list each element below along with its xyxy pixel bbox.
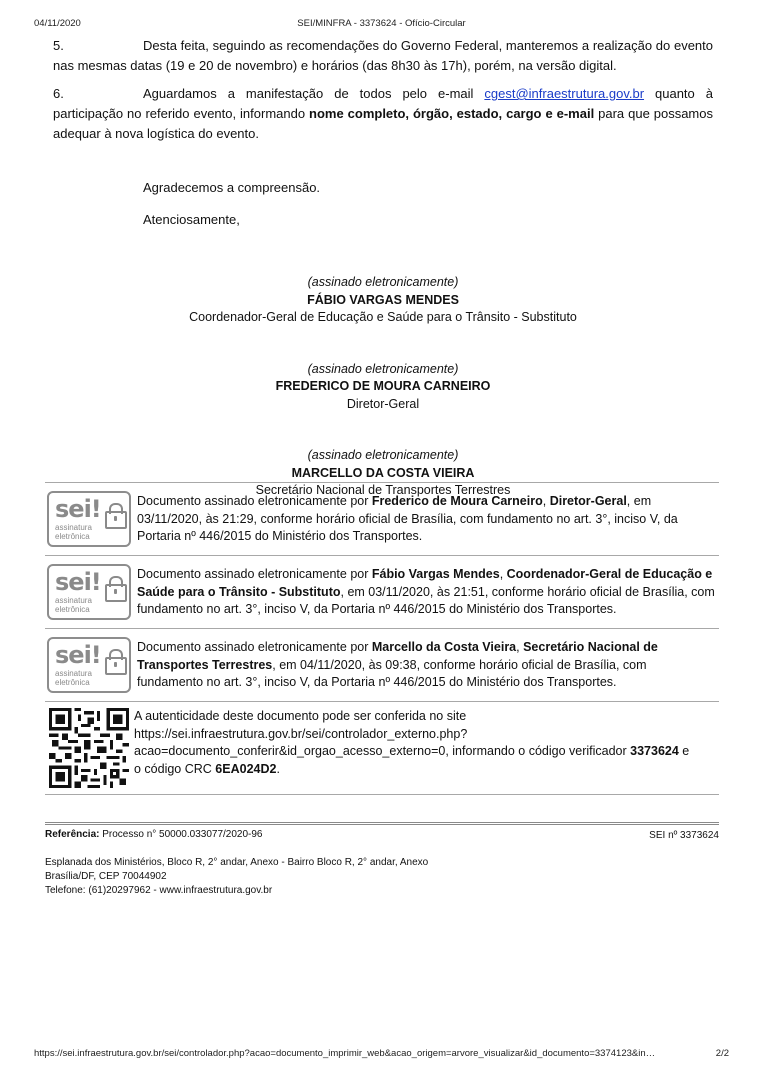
paragraph-5: 5.Desta feita, seguindo as recomendações… [53,36,713,76]
sei-logo-subtitle: assinaturaeletrônica [55,523,92,541]
qr-code-icon [49,708,129,788]
print-footer: https://sei.infraestrutura.gov.br/sei/co… [0,1048,763,1062]
paragraph-number: 6. [53,84,143,104]
regards-text: Atenciosamente, [143,210,713,230]
sei-signature-logo: sei! assinaturaeletrônica [47,637,131,693]
signature-text: Documento assinado eletronicamente por F… [137,493,715,546]
signer-block: (assinado eletronicamente) FREDERICO DE … [53,361,713,414]
lock-icon [105,657,127,675]
reference-line: Referência: Processo n° 50000.033077/202… [45,822,719,842]
signer-name: FREDERICO DE MOURA CARNEIRO [53,378,713,396]
signer-name: FÁBIO VARGAS MENDES [53,292,713,310]
lock-icon [105,584,127,602]
signature-name: Marcello da Costa Vieira [372,640,516,654]
signature-role: Diretor-Geral [550,494,627,508]
signed-label: (assinado eletronicamente) [53,447,713,465]
signed-label: (assinado eletronicamente) [53,274,713,292]
print-url: https://sei.infraestrutura.gov.br/sei/co… [34,1048,655,1059]
required-fields-text: nome completo, órgão, estado, cargo e e-… [309,106,594,121]
sei-logo-subtitle: assinaturaeletrônica [55,596,92,614]
signature-name: Fábio Vargas Mendes [372,567,500,581]
signer-role: Diretor-Geral [53,396,713,414]
page-count: 2/2 [716,1048,729,1059]
signature-text: Documento assinado eletronicamente por M… [137,639,715,692]
signature-row: sei! assinaturaeletrônica Documento assi… [45,483,719,555]
authenticity-row: A autenticidade deste documento pode ser… [45,701,719,795]
reference-label: Referência: [45,829,99,840]
print-title: SEI/MINFRA - 3373624 - Ofício-Circular [0,18,763,29]
address-block: Esplanada dos Ministérios, Bloco R, 2° a… [45,856,428,898]
signature-text: Documento assinado eletronicamente por F… [137,566,715,619]
sei-signature-logo: sei! assinaturaeletrônica [47,564,131,620]
sei-logo-subtitle: assinaturaeletrônica [55,669,92,687]
signer-block: (assinado eletronicamente) FÁBIO VARGAS … [53,274,713,327]
lock-icon [105,511,127,529]
signature-row: sei! assinaturaeletrônica Documento assi… [45,555,719,628]
authenticity-text: A autenticidade deste documento pode ser… [134,708,715,778]
paragraph-text: Desta feita, seguindo as recomendações d… [53,38,713,73]
sei-signature-logo: sei! assinaturaeletrônica [47,491,131,547]
paragraph-number: 5. [53,36,143,56]
closing: Agradecemos a compreensão. Atenciosament… [143,178,713,230]
sei-logo-word: sei! [55,568,101,596]
verification-url: https://sei.infraestrutura.gov.br/sei/co… [134,726,715,744]
email-link[interactable]: cgest@infraestrutura.gov.br [484,86,644,101]
print-header: 04/11/2020 SEI/MINFRA - 3373624 - Ofício… [0,18,763,32]
paragraph-6: 6.Aguardamos a manifestação de todos pel… [53,84,713,144]
phone-line: Telefone: (61)20297962 - www.infraestrut… [45,884,428,898]
sei-logo-word: sei! [55,495,101,523]
crc-code: 6EA024D2 [215,762,276,776]
signer-role: Coordenador-Geral de Educação e Saúde pa… [53,309,713,327]
sei-logo-word: sei! [55,641,101,669]
paragraph-text: Aguardamos a manifestação de todos pelo … [143,86,484,101]
verifier-code: 3373624 [630,744,679,758]
signed-label: (assinado eletronicamente) [53,361,713,379]
signer-name: MARCELLO DA COSTA VIEIRA [53,465,713,483]
electronic-signatures: sei! assinaturaeletrônica Documento assi… [45,482,719,795]
thanks-text: Agradecemos a compreensão. [143,178,713,198]
signature-name: Frederico de Moura Carneiro [372,494,543,508]
process-number: Processo n° 50000.033077/2020-96 [99,829,262,840]
signature-row: sei! assinaturaeletrônica Documento assi… [45,628,719,701]
document-body: 5.Desta feita, seguindo as recomendações… [53,36,713,500]
address-line: Esplanada dos Ministérios, Bloco R, 2° a… [45,856,428,870]
address-line: Brasília/DF, CEP 70044902 [45,870,428,884]
sei-number: SEI nº 3373624 [649,829,719,843]
